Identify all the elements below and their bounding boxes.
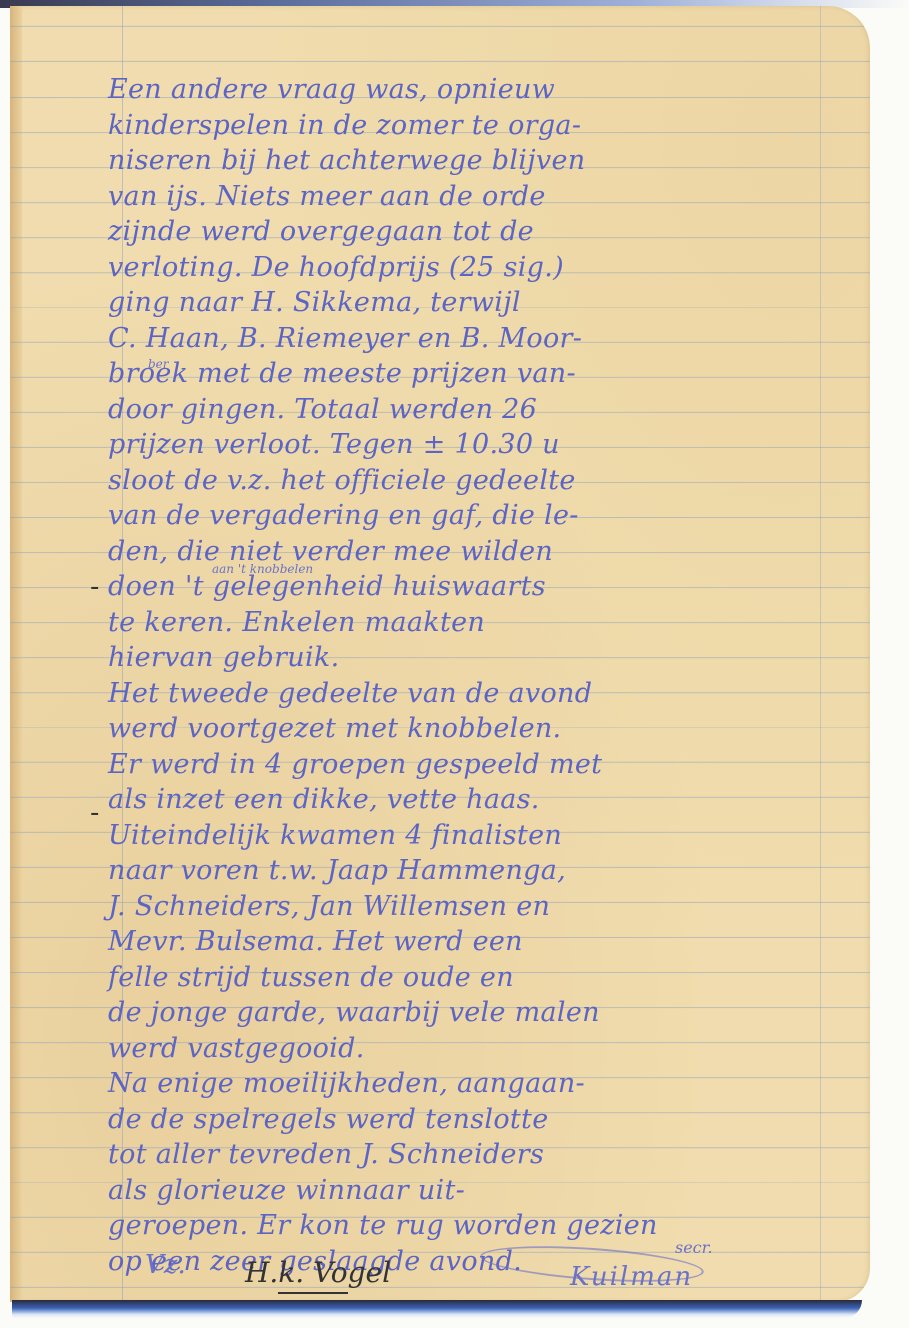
- chair-label: Vz.: [145, 1250, 186, 1280]
- text-line: van de vergadering en gaf, die le-: [108, 498, 868, 534]
- text-line: werd voortgezet met knobbelen.: [108, 711, 868, 747]
- text-line: Het tweede gedeelte van de avond: [108, 676, 868, 712]
- chair-signature: H.k. Vogel: [245, 1256, 391, 1289]
- handwritten-text: Een andere vraag was, opnieuw kinderspel…: [108, 72, 868, 1279]
- text-line: te keren. Enkelen maakten: [108, 605, 868, 641]
- text-line: de jonge garde, waarbij vele malen: [108, 995, 868, 1031]
- secretary-signature: Kuilman: [570, 1262, 693, 1292]
- signature-underline: [278, 1292, 348, 1294]
- text-line: Na enige moeilijkheden, aangaan-: [108, 1066, 868, 1102]
- text-line: J. Schneiders, Jan Willemsen en: [108, 889, 868, 925]
- text-line: door gingen. Totaal werden 26: [108, 392, 868, 428]
- text-line: ging naar H. Sikkema, terwijl: [108, 285, 868, 321]
- text-line: broek met de meeste prijzen van-: [108, 356, 868, 392]
- text-line: Een andere vraag was, opnieuw: [108, 72, 868, 108]
- text-line: als glorieuze winnaar uit-: [108, 1173, 868, 1209]
- text-line: verloting. De hoofdprijs (25 sig.): [108, 250, 868, 286]
- secretary-label: secr.: [675, 1238, 713, 1257]
- text-line: felle strijd tussen de oude en: [108, 960, 868, 996]
- text-line: werd vastgegooid.: [108, 1031, 868, 1067]
- text-line: geroepen. Er kon te rug worden gezien: [108, 1208, 868, 1244]
- text-line: sloot de v.z. het officiele gedeelte: [108, 463, 868, 499]
- text-line: naar voren t.w. Jaap Hammenga,: [108, 853, 868, 889]
- text-line: C. Haan, B. Riemeyer en B. Moor-: [108, 321, 868, 357]
- margin-dash-mark: -: [90, 572, 99, 602]
- scan-edge-bottom: [12, 1300, 862, 1318]
- interlinear-insertion: ber: [148, 358, 169, 370]
- text-line: tot aller tevreden J. Schneiders: [108, 1137, 868, 1173]
- interlinear-insertion: aan 't knobbelen: [212, 563, 313, 575]
- margin-dash-mark: -: [90, 798, 99, 828]
- text-line: niseren bij het achterwege blijven: [108, 143, 868, 179]
- text-line: Uiteindelijk kwamen 4 finalisten: [108, 818, 868, 854]
- text-line: Er werd in 4 groepen gespeeld met: [108, 747, 868, 783]
- text-line: zijnde werd overgegaan tot de: [108, 214, 868, 250]
- text-line: Mevr. Bulsema. Het werd een: [108, 924, 868, 960]
- text-line: prijzen verloot. Tegen ± 10.30 u: [108, 427, 868, 463]
- text-line: van ijs. Niets meer aan de orde: [108, 179, 868, 215]
- text-line: de de spelregels werd tenslotte: [108, 1102, 868, 1138]
- text-line: kinderspelen in de zomer te orga-: [108, 108, 868, 144]
- text-line: hiervan gebruik.: [108, 640, 868, 676]
- text-line: als inzet een dikke, vette haas.: [108, 782, 868, 818]
